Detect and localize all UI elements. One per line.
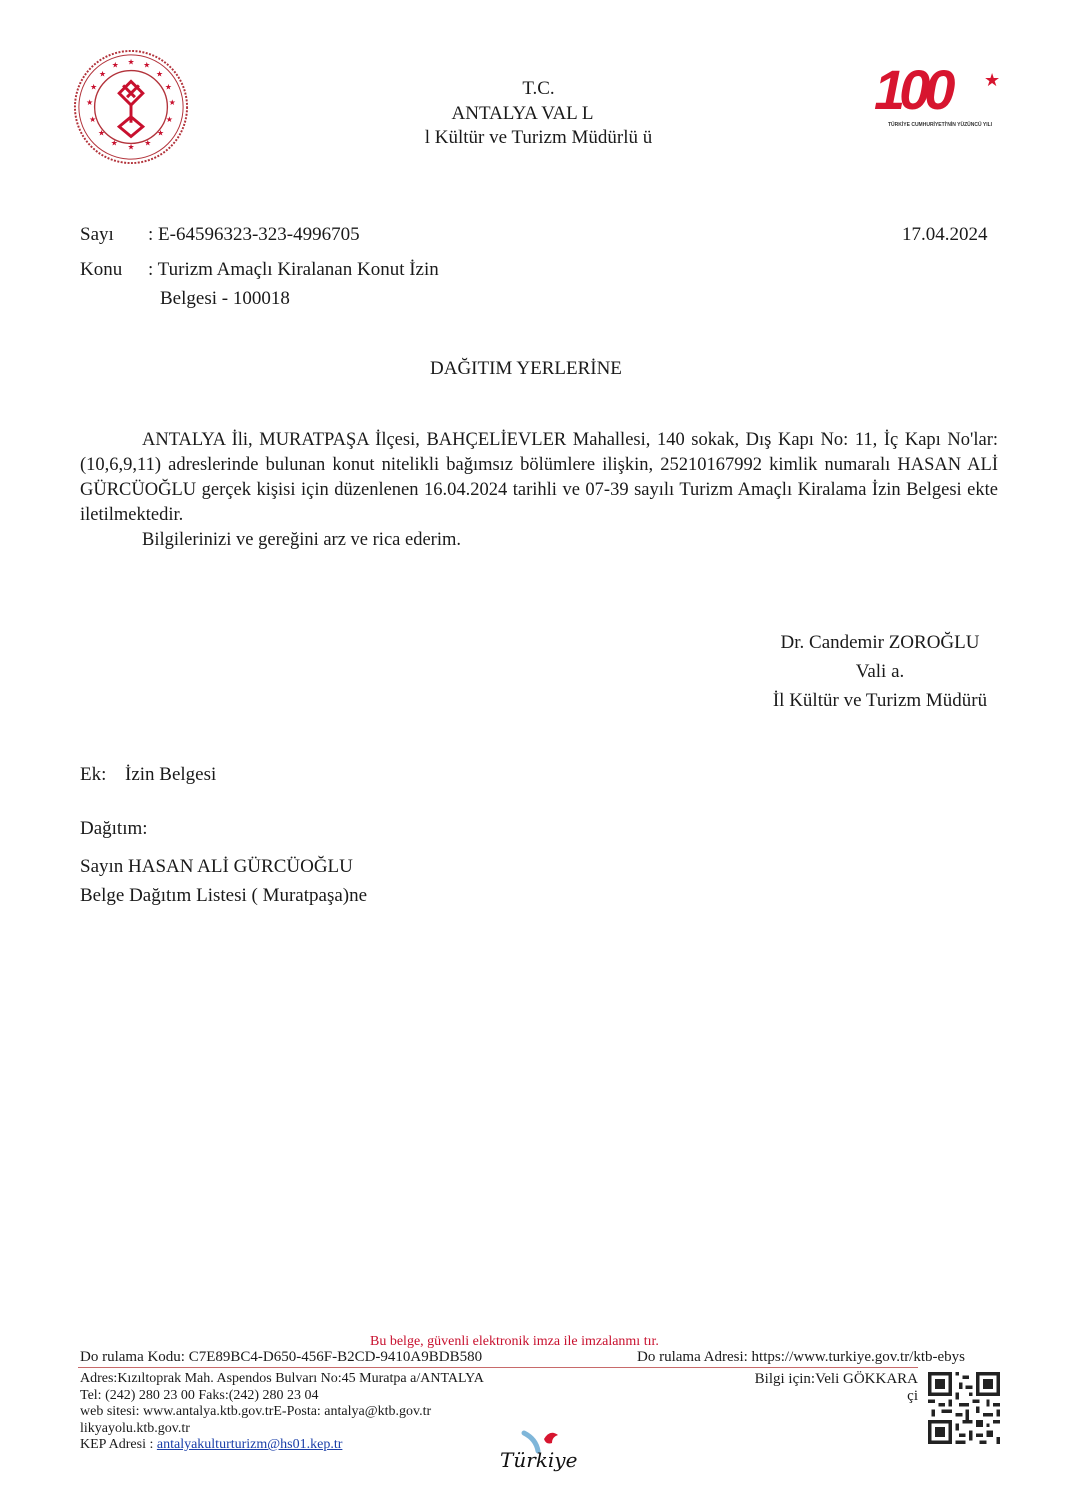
- turkiye-brand-logo: Türkiye: [494, 1425, 586, 1475]
- konu-value-line1: : Turizm Amaçlı Kiralanan Konut İzin: [148, 259, 439, 281]
- contact-block: Adres:Kızıltoprak Mah. Aspendos Bulvarı …: [80, 1371, 484, 1454]
- verification-code: Do rulama Kodu: C7E89BC4-D650-456F-B2CD-…: [80, 1349, 482, 1366]
- sayi-label: Sayı: [80, 224, 114, 246]
- sayi-value: : E-64596323-323-4996705: [148, 224, 360, 246]
- contact-web-2: likyayolu.ktb.gov.tr: [80, 1421, 484, 1438]
- document-date: 17.04.2024: [902, 224, 988, 246]
- info-contact: Bilgi için:Veli GÖKKARA çi: [740, 1371, 918, 1405]
- svg-text:★: ★: [143, 61, 150, 70]
- body-paragraph-1: ANTALYA İli, MURATPAŞA İlçesi, BAHÇELİEV…: [80, 428, 998, 528]
- verification-address: Do rulama Adresi: https://www.turkiye.go…: [637, 1349, 965, 1366]
- signatory-role-1: Vali a.: [740, 657, 1020, 686]
- distribution-label: Dağıtım:: [80, 818, 148, 840]
- info-contact-name: Bilgi için:Veli GÖKKARA: [740, 1371, 918, 1388]
- signature-block: Dr. Candemir ZOROĞLU Vali a. İl Kültür v…: [740, 628, 1020, 715]
- contact-web: web sitesi: www.antalya.ktb.gov.trE-Post…: [80, 1404, 484, 1421]
- letter-body: ANTALYA İli, MURATPAŞA İlçesi, BAHÇELİEV…: [80, 428, 998, 553]
- signatory-role-2: İl Kültür ve Turizm Müdürü: [740, 686, 1020, 715]
- footer-divider: [78, 1367, 918, 1368]
- konu-value-line2: Belgesi - 100018: [160, 288, 290, 310]
- attachment-value: İzin Belgesi: [125, 764, 216, 786]
- body-paragraph-2: Bilgilerinizi ve gereğini arz ve rica ed…: [80, 528, 998, 553]
- contact-address: Adres:Kızıltoprak Mah. Aspendos Bulvarı …: [80, 1371, 484, 1388]
- info-contact-suffix: çi: [740, 1388, 918, 1405]
- addressee-heading: DAĞITIM YERLERİNE: [430, 358, 622, 380]
- contact-phone: Tel: (242) 280 23 00 Faks:(242) 280 23 0…: [80, 1388, 484, 1405]
- esign-notice: Bu belge, güvenli elektronik imza ile im…: [370, 1334, 659, 1350]
- contact-kep: KEP Adresi : antalyakulturturizm@hs01.ke…: [80, 1437, 484, 1454]
- qr-code-icon: [928, 1372, 1000, 1444]
- kep-address-link[interactable]: antalyakulturturizm@hs01.kep.tr: [157, 1437, 343, 1452]
- centennial-logo: 100 ★ TÜRKİYE CUMHURİYETİ'NİN YÜZÜNCÜ YI…: [874, 62, 1006, 134]
- konu-label: Konu: [80, 259, 122, 281]
- star-icon: ★: [984, 70, 1000, 91]
- distribution-item: Sayın HASAN ALİ GÜRCÜOĞLU: [80, 856, 353, 878]
- centennial-caption: TÜRKİYE CUMHURİYETİ'NİN YÜZÜNCÜ YILI: [888, 122, 992, 128]
- svg-text:★: ★: [127, 58, 134, 67]
- svg-text:★: ★: [112, 61, 119, 70]
- attachment-label: Ek:: [80, 764, 106, 786]
- signatory-name: Dr. Candemir ZOROĞLU: [740, 628, 1020, 657]
- distribution-item: Belge Dağıtım Listesi ( Muratpaşa)ne: [80, 885, 367, 907]
- kep-label: KEP Adresi :: [80, 1437, 157, 1452]
- svg-text:Türkiye: Türkiye: [500, 1448, 577, 1472]
